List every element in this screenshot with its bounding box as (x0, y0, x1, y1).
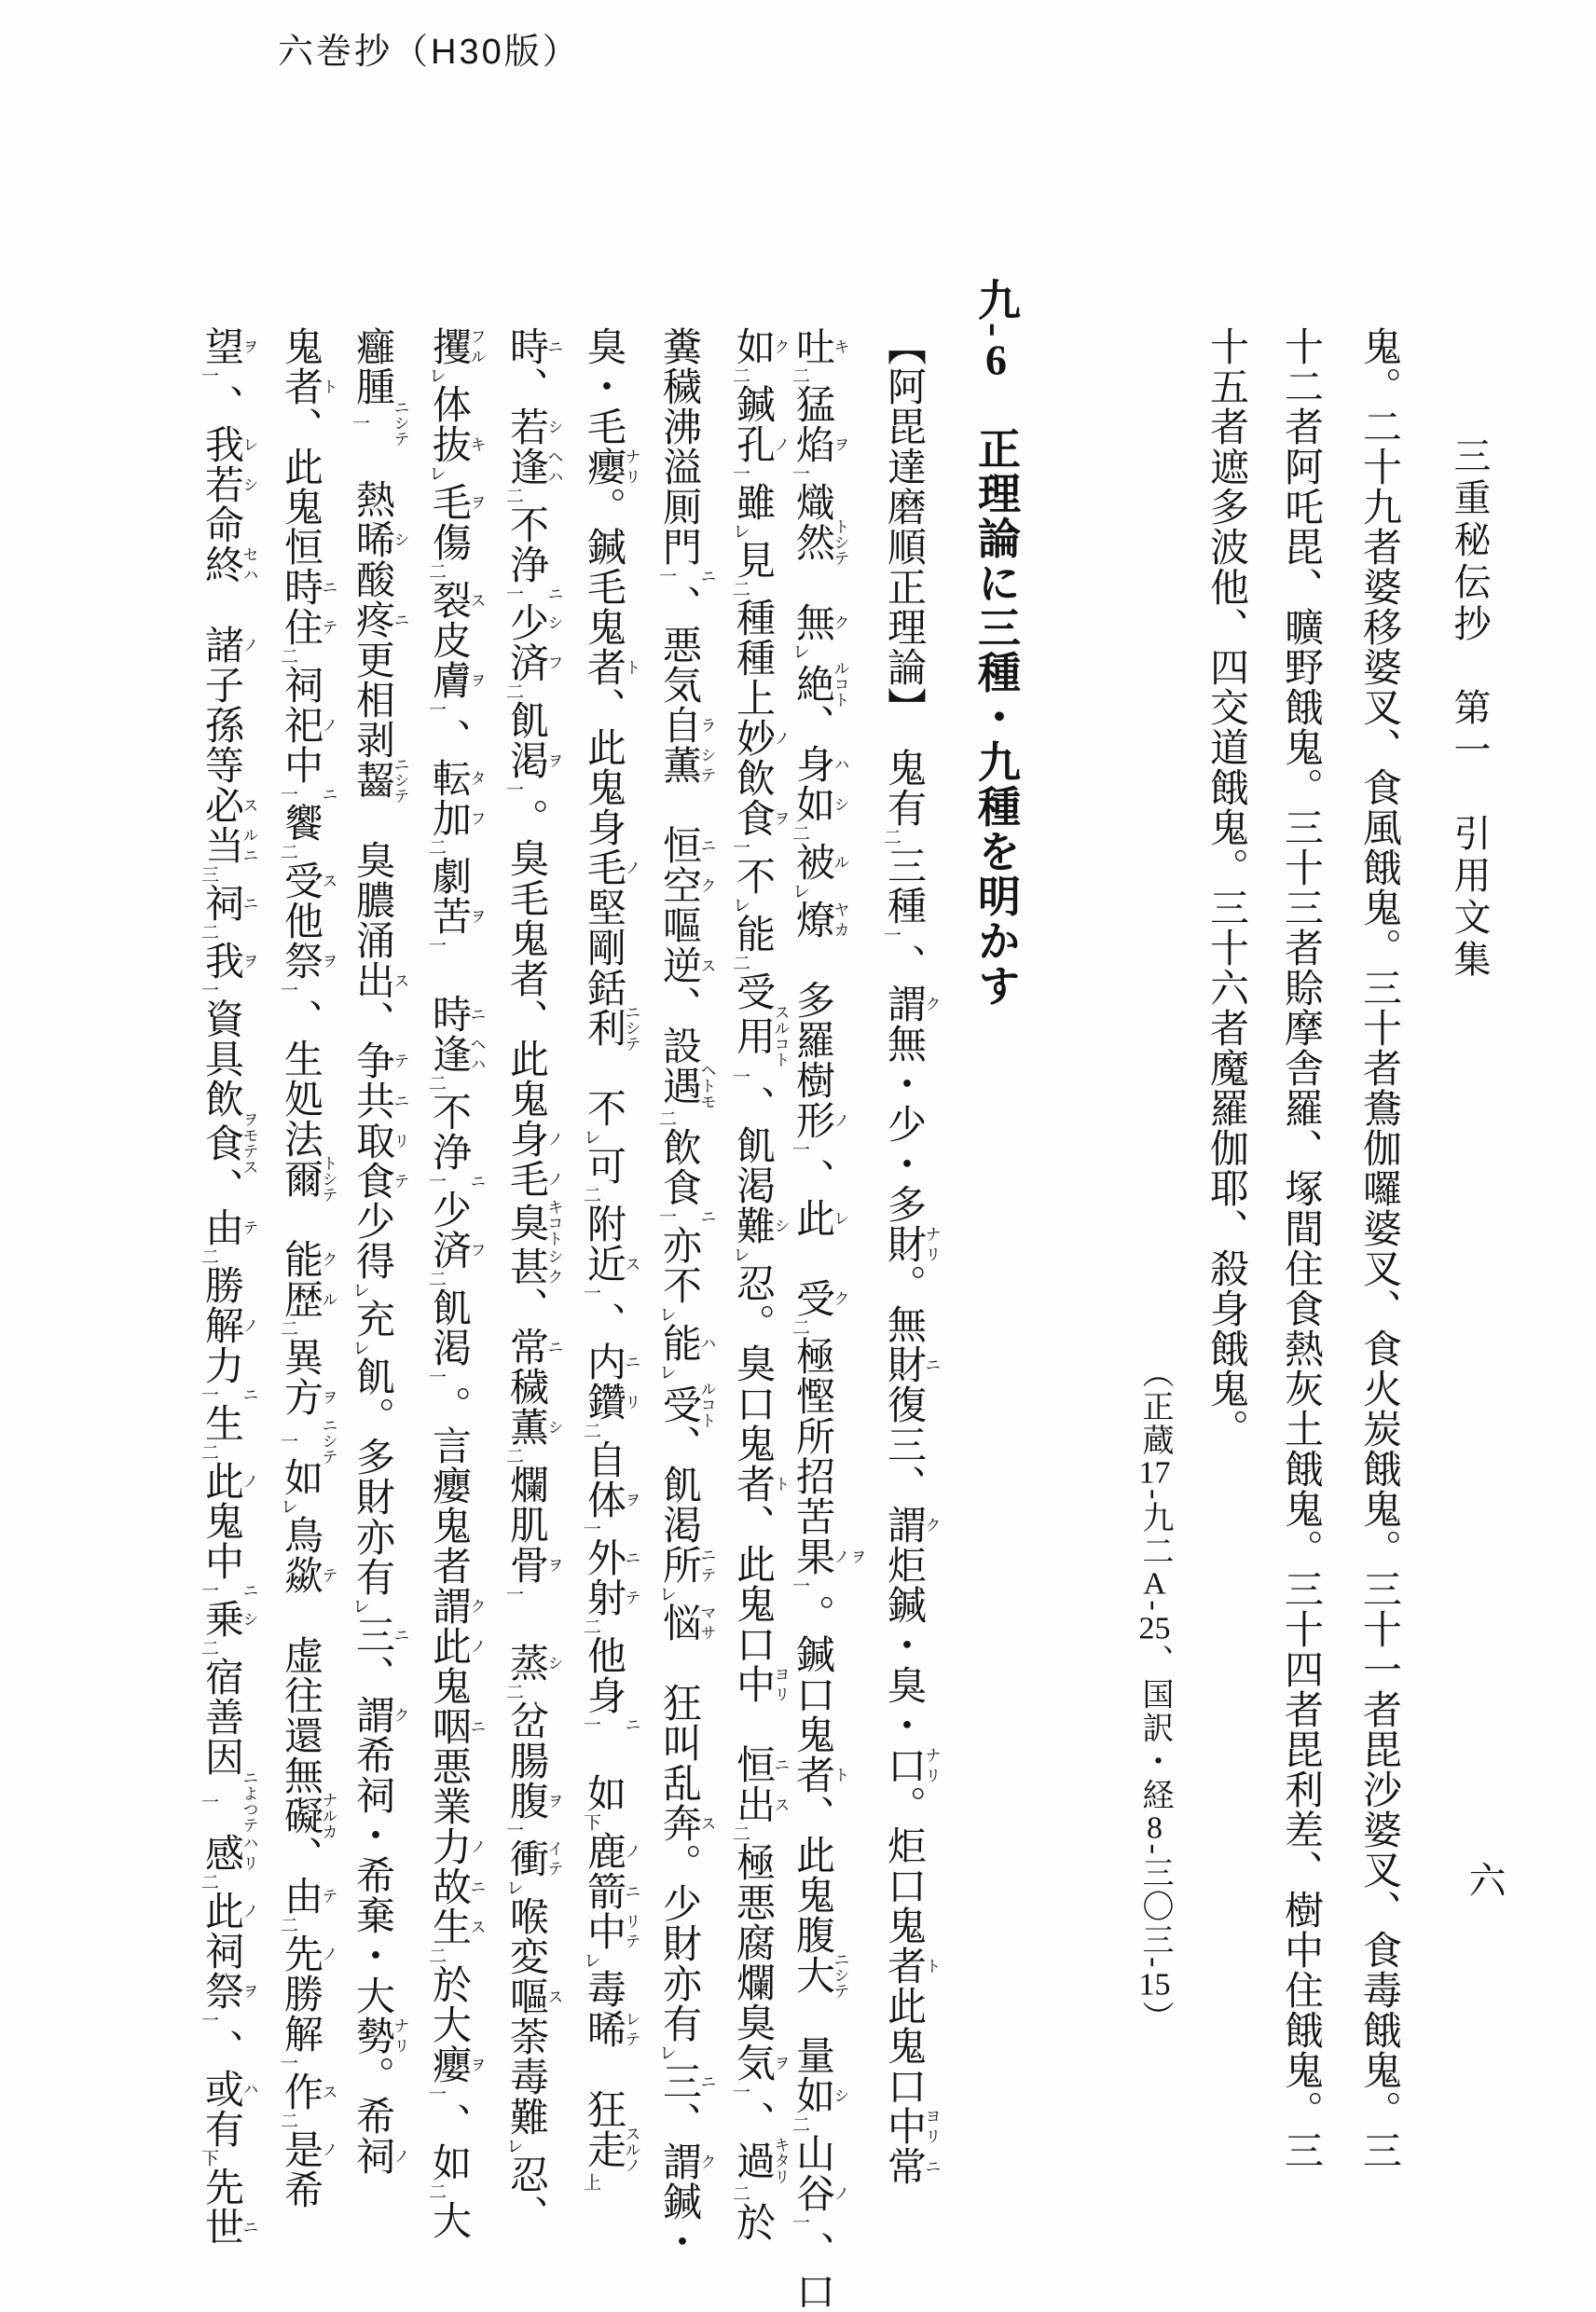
kaeriten-mark: 二 (731, 954, 749, 971)
kaeriten-mark: レ (582, 1951, 599, 1969)
kaeriten-mark: 二 (504, 682, 522, 700)
kaeriten-mark: 一 (427, 700, 445, 718)
kaeriten-mark: 一 (791, 464, 808, 482)
kaeriten-mark: 二 (582, 1617, 599, 1635)
kaeriten-mark: 一 (882, 926, 900, 943)
kaeriten-mark: 二 (279, 2112, 296, 2129)
kaeriten-mark: 二 (427, 2182, 445, 2200)
text-column-14: 鬼者ト、此鬼恒時ニ住テ二祠祀ノ中一ニ饗二受ス他祭ヲ一、生処法爾トシテ 能ク歴ル二… (258, 326, 337, 2209)
horizontal-in-vertical-number: 25 (1137, 1613, 1172, 1645)
kaeriten-mark: 二 (427, 562, 445, 580)
kaeriten-mark: 一 (791, 1140, 808, 1158)
kaeriten-mark: レ (351, 1597, 368, 1615)
kaeriten-mark: 一 (199, 1793, 217, 1810)
kaeriten-mark: 一 (504, 585, 522, 602)
kaeriten-mark: レ (351, 1281, 368, 1299)
horizontal-in-vertical-number: 17 (1137, 1457, 1172, 1489)
kaeriten-mark: 下 (582, 1813, 599, 1831)
kaeriten-mark: 一 (199, 2011, 217, 2029)
kaeriten-mark: 二 (731, 1824, 749, 1842)
kaeriten-mark: 二 (199, 1873, 217, 1891)
kaeriten-mark: 一 (199, 366, 217, 384)
text-column-9: 糞穢沸溢厠門一ニ、悪気自ラ薫シテ 恒ニ空ク嘔逆ス、設遇ヘトモ二飲食一ニ亦不レ能ハ… (637, 326, 715, 2262)
kaeriten-mark: 二 (731, 2184, 749, 2202)
kaeriten-mark: 一 (731, 464, 749, 482)
kaeriten-mark: 一 (351, 414, 368, 432)
kaeriten-mark: 二 (279, 1916, 296, 1934)
kaeriten-mark: レ (791, 882, 808, 900)
document-page: 六巻抄（H30版） 三重秘伝抄 第一 引用文集 六 鬼。二十九者婆移婆叉、食風餓… (0, 0, 1596, 2312)
kaeriten-mark: 二 (504, 1683, 522, 1700)
horizontal-in-vertical-number: 8 (1137, 1812, 1172, 1844)
kaeriten-mark: 二 (582, 1422, 599, 1439)
kaeriten-mark: 二 (791, 824, 808, 842)
kaeriten-mark: 一 (582, 1715, 599, 1733)
kaeriten-mark: 二 (199, 1247, 217, 1265)
kaeriten-mark: 二 (657, 1109, 675, 1127)
kaeriten-mark: レ (279, 1497, 296, 1515)
kaeriten-mark: レ (351, 1339, 368, 1356)
kaeriten-mark: 一 (791, 2213, 808, 2231)
kaeriten-mark: 二 (279, 647, 296, 665)
horizontal-in-vertical-number: 15 (1137, 1969, 1172, 2001)
section-heading-column: 九-6 正理論に三種・九種を明かす (939, 278, 1017, 1008)
text-column-12: 攫フルレ体抜キレ毛ヲ傷二裂ス皮膚ヲ一、転タ加フ二劇苦ヲ一 時ニ逢ヘハ二不浄一ニ少… (406, 326, 485, 2240)
text-column-10: 臭・毛癭ナリ。鍼毛鬼者ト、此鬼身毛ノ堅剛銛利ニシテ 不レ可二附近ス一、内ニ鑽リ二… (561, 326, 640, 2191)
kaeriten-mark: 一 (657, 1207, 675, 1225)
kaeriten-mark: レ (427, 366, 445, 384)
kaeriten-mark: 一 (582, 1520, 599, 1537)
kaeriten-mark: レ (791, 642, 808, 660)
text-column-15: 望ヲ一、我レ若シ命終セハ 諸ノ子孫等必ス当ルニ三祠ニ二我ヲ一資具飲食ヲモテス、由… (179, 326, 257, 2247)
kaeriten-mark: 一 (427, 936, 445, 954)
kaeriten-mark: 二 (791, 1318, 808, 1336)
kaeriten-mark: 一 (657, 567, 675, 585)
kaeriten-mark: 一 (199, 1581, 217, 1599)
kaeriten-mark: 二 (582, 1186, 599, 1204)
kaeriten-mark: 二 (427, 838, 445, 856)
kaeriten-mark: 一 (731, 838, 749, 856)
kaeriten-mark: 二 (791, 366, 808, 384)
quote-tail-column-2: 十二者阿吒毘、曠野餓鬼。三十三者賒摩舎羅、塚間住食熱灰土餓鬼。三十四者毘利差、樹… (1242, 326, 1320, 2170)
quote-tail-column-1: 鬼。二十九者婆移婆叉、食風餓鬼。三十者鴦伽囉婆叉、食火炭餓鬼。三十一者毘沙婆叉、… (1320, 326, 1398, 2170)
kaeriten-mark: 一 (504, 780, 522, 798)
kaeriten-mark: 二 (731, 366, 749, 384)
kaeriten-mark: 二 (199, 923, 217, 941)
kaeriten-mark: レ (657, 1363, 675, 1381)
text-column-7: 吐キ二猛焰ヲ一熾然トシテ 無クレ絶ルコト、身ハ如シ二被ルレ燎ヤカ 多羅樹形ノ一、… (787, 326, 865, 2311)
kaeriten-mark: 二 (427, 1947, 445, 1964)
horizontal-in-vertical-number: A (1137, 1568, 1172, 1600)
kaeriten-mark: 二 (504, 487, 522, 504)
horizontal-in-vertical-number: 6 (972, 338, 1020, 381)
kaeriten-mark: レ (657, 1305, 675, 1323)
kaeriten-mark: 一 (582, 1284, 599, 1301)
kaeriten-mark: 二 (882, 828, 900, 846)
kaeriten-mark: 二 (279, 843, 296, 860)
kaeriten-mark: レ (731, 522, 749, 540)
kaeriten-mark: レ (504, 2137, 522, 2154)
citation-column: （正蔵17-九二A-25、国訳・経8-三〇三-15） (1092, 1356, 1170, 2034)
kaeriten-mark: 一 (504, 1585, 522, 1603)
kaeriten-mark: 上 (582, 2173, 599, 2191)
kaeriten-mark: 一 (279, 1432, 296, 1450)
kaeriten-mark: 一 (427, 1368, 445, 1385)
kaeriten-mark: 一 (279, 981, 296, 998)
text-column-8: 如ク二鍼孔ノ一雖レ見二種種上妙ノ飲食ヲ一不レ能二受用スルコト一、飢渇難シレ忍。臭… (710, 326, 789, 2242)
kaeriten-mark: 二 (279, 1319, 296, 1337)
kaeriten-mark: 二 (199, 1443, 217, 1461)
kaeriten-mark: 一 (199, 981, 217, 998)
kaeriten-mark: 二 (427, 1074, 445, 1092)
kaeriten-mark: 一 (199, 1385, 217, 1403)
page-number: 六 (1465, 1861, 1503, 1898)
kaeriten-mark: レ (504, 1878, 522, 1896)
kaeriten-mark: 下 (199, 2149, 217, 2167)
kaeriten-mark: 一 (731, 2083, 749, 2100)
source-title-and-text-column: 【阿毘達磨順正理論】 鬼有二三種一、謂ク無・少・多財ナリ。無財ニ復三、謂ク炬鍼・… (861, 326, 940, 2186)
edition-header: 六巻抄（H30版） (278, 22, 581, 74)
kaeriten-mark: 二 (504, 1447, 522, 1465)
kaeriten-mark: レ (657, 2044, 675, 2061)
kaeriten-mark: 二 (791, 2115, 808, 2133)
kaeriten-mark: レ (582, 1128, 599, 1146)
kaeriten-mark: 一 (504, 1821, 522, 1838)
kaeriten-mark: 一 (731, 1067, 749, 1085)
kaeriten-mark: 二 (427, 1270, 445, 1287)
kaeriten-mark: 一 (279, 785, 296, 803)
kaeriten-mark: レ (731, 896, 749, 914)
kaeriten-mark: 二 (731, 580, 749, 598)
kaeriten-mark: 二 (199, 1639, 217, 1657)
quote-tail-column-3: 十五者遮多波他、四交道餓鬼。三十六者魔羅伽耶、殺身餓鬼。 (1167, 326, 1245, 1449)
text-column-11: 時ニ、若シ逢ヘハ二不浄一ニ少シ済フ二飢渇ヲ一。臭毛鬼者、此鬼身ノ毛ノ臭キコト甚シ… (484, 326, 562, 2235)
kaeriten-mark: 一 (791, 1576, 808, 1594)
kaeriten-mark: 一 (279, 2054, 296, 2071)
kaeriten-mark: 一 (427, 2085, 445, 2102)
kaeriten-mark: 三 (199, 865, 217, 883)
kaeriten-mark: レ (731, 1245, 749, 1263)
kaeriten-mark: レ (427, 464, 445, 482)
kaeriten-mark: 一 (427, 1172, 445, 1190)
side-title: 三重秘伝抄 第一 引用文集 (1451, 436, 1488, 982)
text-column-13: 癰腫一ニシテ 熱晞シ酸疼ニ更相剥齧ニシテ 臭膿涌出ス、争テ共ニ取リ食テ少得レ充レ… (330, 326, 408, 2176)
kaeriten-mark: レ (657, 1585, 675, 1603)
